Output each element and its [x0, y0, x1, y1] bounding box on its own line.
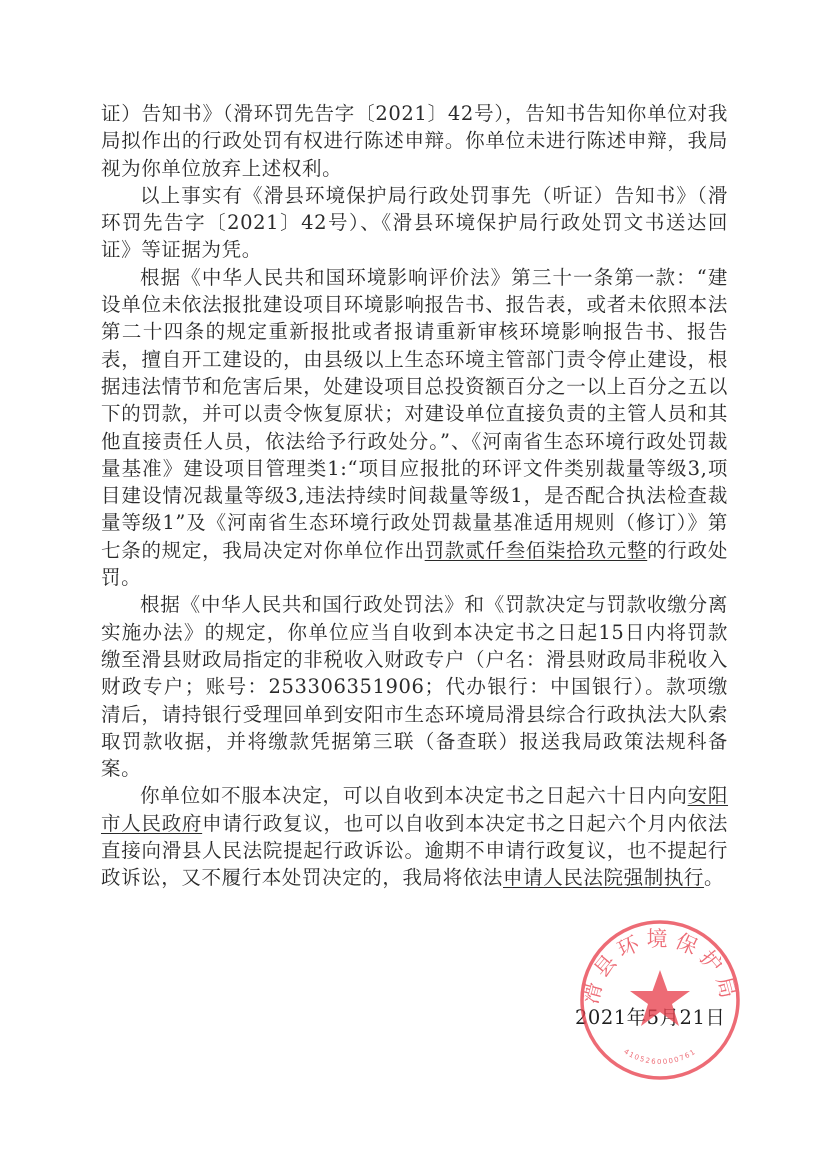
- paragraph-text: 以上事实有《滑县环境保护局行政处罚事先（听证）告知书》（滑环罚先告字〔2021〕…: [101, 184, 728, 262]
- star-icon: [630, 970, 690, 1026]
- official-seal: 滑县环境保护局 4105260000761: [578, 918, 742, 1082]
- paragraph-text: 根据《中华人民共和国环境影响评价法》第三十一条第一款：“建设单位未依法报批建设项…: [101, 266, 728, 562]
- underlined-text: 申请人民法院强制执行: [503, 866, 704, 889]
- seal-code: 4105260000761: [622, 1048, 697, 1067]
- document-page: 证）告知书》（滑环罚先告字〔2021〕42号），告知书告知你单位对我局拟作出的行…: [0, 0, 831, 1176]
- underlined-text: 罚款贰仟叁佰柒拾玖元整: [425, 539, 648, 562]
- paragraph-text: 根据《中华人民共和国行政处罚法》和《罚款决定与罚款收缴分离实施办法》的规定，你单…: [101, 593, 728, 780]
- paragraph: 根据《中华人民共和国行政处罚法》和《罚款决定与罚款收缴分离实施办法》的规定，你单…: [101, 591, 728, 782]
- paragraph: 你单位如不服本决定，可以自收到本决定书之日起六十日内向安阳市人民政府申请行政复议…: [101, 782, 728, 891]
- paragraph-text: 。: [704, 866, 724, 889]
- paragraph-text: 你单位如不服本决定，可以自收到本决定书之日起六十日内向: [140, 784, 688, 807]
- paragraph: 以上事实有《滑县环境保护局行政处罚事先（听证）告知书》（滑环罚先告字〔2021〕…: [101, 182, 728, 264]
- document-body: 证）告知书》（滑环罚先告字〔2021〕42号），告知书告知你单位对我局拟作出的行…: [101, 100, 728, 892]
- paragraph-text: 证）告知书》（滑环罚先告字〔2021〕42号），告知书告知你单位对我局拟作出的行…: [101, 102, 728, 180]
- paragraph: 根据《中华人民共和国环境影响评价法》第三十一条第一款：“建设单位未依法报批建设项…: [101, 264, 728, 592]
- paragraph: 证）告知书》（滑环罚先告字〔2021〕42号），告知书告知你单位对我局拟作出的行…: [101, 100, 728, 182]
